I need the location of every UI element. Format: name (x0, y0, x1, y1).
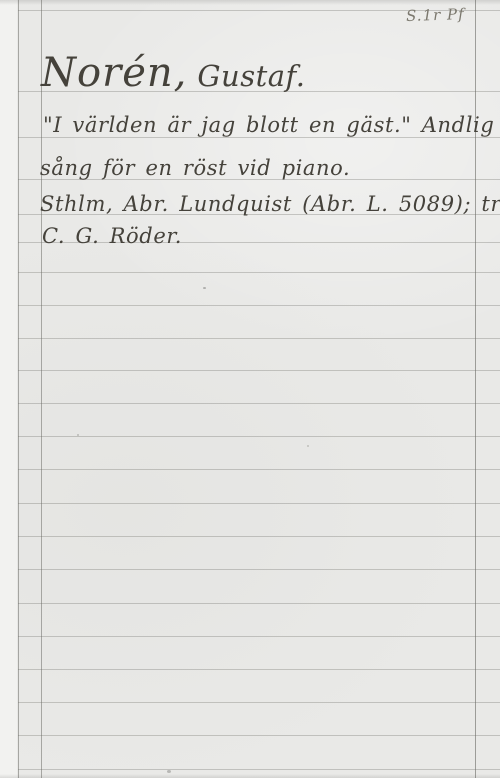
ruled-line (18, 272, 500, 273)
ruled-line (18, 603, 500, 604)
heading-forename: Gustaf. (197, 59, 305, 93)
paper-speck (307, 445, 309, 447)
paper-left-edge (0, 0, 17, 778)
ruled-line (18, 503, 500, 504)
margin-line-left-outer (18, 0, 19, 778)
paper-speck (203, 287, 206, 289)
ruled-line (18, 669, 500, 670)
ruled-line (18, 436, 500, 437)
heading-surname: Norén, (41, 50, 187, 96)
classification-mark: S.1r Pf (406, 5, 465, 25)
catalog-card-page: S.1r Pf Norén,Gustaf. "I världen är jag … (0, 0, 500, 778)
margin-line-left-inner (41, 0, 42, 778)
scan-edge-shadow-bottom (0, 774, 500, 778)
ruled-line (18, 305, 500, 306)
ruled-line (18, 536, 500, 537)
ruled-line (18, 403, 500, 404)
paper-speck (167, 770, 171, 773)
body-line-2: sång för en röst vid piano. (40, 156, 350, 181)
ruled-line (18, 338, 500, 339)
body-line-3: Sthlm, Abr. Lundquist (Abr. L. 5089); tr… (40, 192, 500, 217)
ruled-line (18, 769, 500, 770)
body-line-4: C. G. Röder. (42, 224, 182, 249)
ruled-line (18, 636, 500, 637)
ruled-line (18, 469, 500, 470)
paper-speck (77, 434, 79, 436)
ruled-line (18, 370, 500, 371)
ruled-line (18, 735, 500, 736)
body-line-1: "I världen är jag blott en gäst." Andlig (43, 113, 494, 138)
heading-name: Norén,Gustaf. (41, 53, 305, 93)
ruled-line (18, 569, 500, 570)
ruled-line (18, 702, 500, 703)
scan-edge-shadow-top (0, 0, 500, 5)
